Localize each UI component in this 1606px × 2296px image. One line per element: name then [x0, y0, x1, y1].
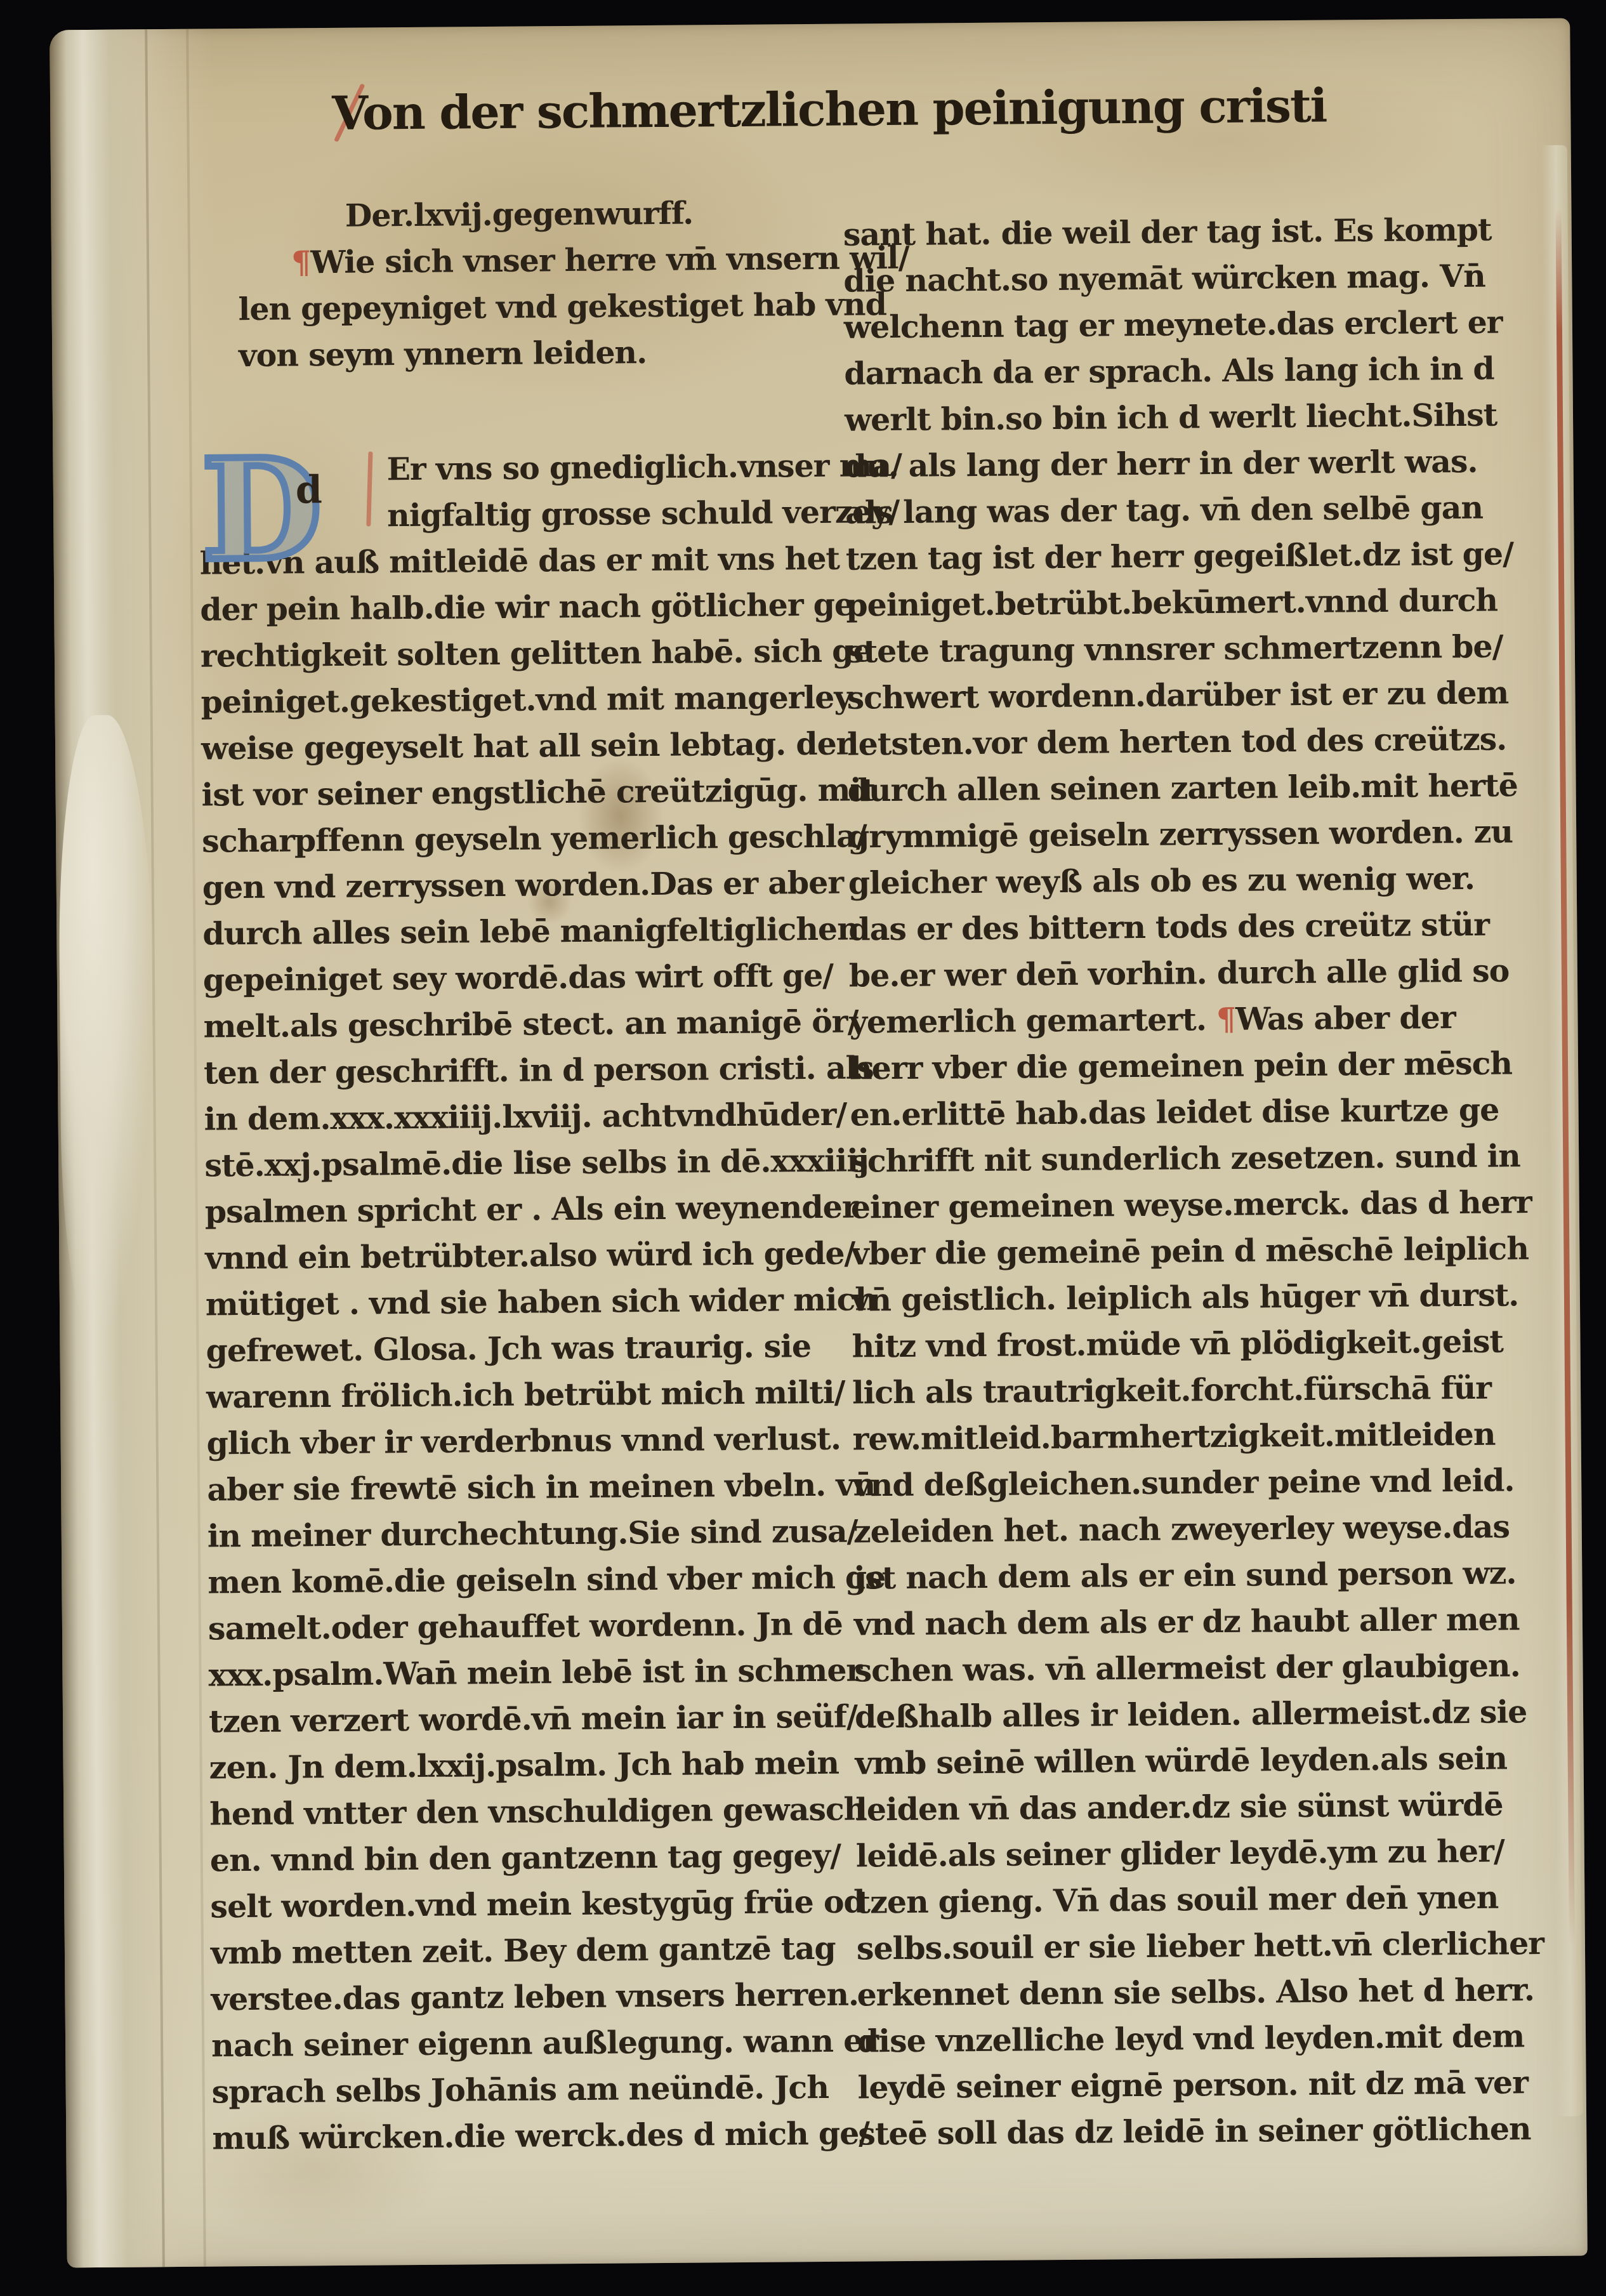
text-line: xxx.psalm.Wan̄ mein lebē ist in schmer — [208, 1647, 834, 1699]
body-lines: het.vn̄ auß mitleidē das er mit vns hetd… — [200, 536, 838, 2162]
text-line: ist nach dem als er ein sund person wz. — [853, 1550, 1501, 1602]
text-line: gepeiniget sey wordē.das wirt offt ge/ — [203, 953, 829, 1004]
text-line: steē soll das dz leidē in seiner götlich… — [858, 2106, 1506, 2158]
text-line: gen vnd zerryssen worden.Das er aber — [202, 860, 828, 911]
text-line: vnd nach dem als er dz haubt aller men — [854, 1597, 1502, 1648]
text-line: ten der geschrifft. in d person cristi. … — [204, 1045, 829, 1097]
text-line: rechtigkeit solten gelitten habē. sich g… — [201, 628, 826, 680]
text-line: selbs.souil er sie lieber hett.vn̄ clerl… — [857, 1921, 1504, 1972]
left-body-text: D d Er vns so gnediglich.vnser ma/nigfal… — [199, 443, 837, 2162]
text-line: lich als trautrigkeit.forcht.fürschā für — [852, 1365, 1500, 1416]
text-line: peiniget.betrübt.bekūmert.vnnd durch — [846, 577, 1494, 629]
text-line: werlt bin.so bin ich d werlt liecht.Sihs… — [845, 392, 1492, 444]
text-line: mütiget . vnd sie haben sich wider mich — [206, 1277, 831, 1328]
text-line: hend vntter den vnschuldigen gewasch — [209, 1786, 835, 1838]
text-line: nach seiner eigenn außlegung. wann er — [211, 2018, 837, 2069]
text-line: durch alles sein lebē manigfeltiglichen — [202, 906, 828, 958]
text-line: verstee.das gantz leben vnsers herren. — [211, 1972, 836, 2023]
text-line: men komē.die geiseln sind vber mich ge — [207, 1555, 833, 1606]
text-line: scharpffenn geyseln yemerlich geschla/ — [202, 814, 827, 865]
text-line: dise vnzelliche leyd vnd leyden.mit dem — [857, 2014, 1505, 2065]
text-line: die nacht.so nyemāt würcken mag. Vn̄ — [843, 253, 1491, 305]
text-line: grymmigē geiseln zerryssen worden. zu — [848, 809, 1496, 861]
text-line: selt worden.vnd mein kestygūg früe od — [210, 1879, 836, 1930]
text-line: leydē seiner eignē person. nit dz mā ver — [857, 2060, 1505, 2111]
text-line: glich vber ir verderbnus vnnd verlust. — [206, 1416, 832, 1467]
text-line: tzen tag ist der herr gegeißlet.dz ist g… — [845, 531, 1493, 583]
book-page: Von der schmertzlichen peinigung cristi … — [49, 18, 1588, 2268]
text-line: sprach selbs Johānis am neündē. Jch — [211, 2064, 837, 2116]
text-line: einer gemeinen weyse.merck. das d herr — [851, 1180, 1499, 1231]
text-line: erkennet denn sie selbs. Also het d herr… — [857, 1967, 1504, 2019]
text-line: len gepeyniget vnd gekestiget hab vnd — [197, 282, 823, 333]
text-line: vmb metten zeit. Bey dem gantzē tag — [211, 1925, 836, 1977]
text-line: sant hat. die weil der tag ist. Es kompt — [843, 207, 1491, 258]
chapter-heading: Der.lxvij.gegenwurff. — [197, 189, 822, 241]
text-line: stē.xxj.psalmē.die lise selbs in dē.xxxi… — [204, 1138, 830, 1189]
text-line: das er des bittern tods des creütz stür — [848, 902, 1496, 953]
column-right: sant hat. die weil der tag ist. Es kompt… — [843, 207, 1505, 2158]
text-line: durch allen seinen zarten leib.mit hertē — [847, 763, 1495, 814]
text-line: ¶Wie sich vnser herre vm̄ vnsern wil/ — [197, 235, 823, 287]
text-line: tzen gieng. Vn̄ das souil mer den̄ ynen — [856, 1875, 1504, 1926]
text-line: leiden vn̄ das ander.dz sie sünst würdē — [855, 1782, 1503, 1833]
text-line: von seym ynnern leiden. — [198, 328, 824, 379]
guide-letter: d — [296, 471, 322, 509]
drop-cap: D d — [199, 446, 387, 540]
text-line: psalmen spricht er . Als ein weynender — [205, 1184, 831, 1236]
text-line: samelt.oder gehauffet wordenn. Jn dē — [208, 1601, 834, 1653]
scanned-book-photo: { "document": { "kind": "incunable book … — [0, 0, 1606, 2296]
text-line: darnach da er sprach. Als lang ich in d — [844, 346, 1492, 397]
column-left: Der.lxvij.gegenwurff. ¶Wie sich vnser he… — [197, 189, 837, 2162]
text-line: vber die gemeinē pein d mēschē leiplich — [851, 1226, 1499, 1277]
text-line: yemerlich gemartert. ¶Was aber der — [849, 994, 1497, 1046]
pilcrow-mark: ¶ — [1216, 1001, 1236, 1038]
text-line: schwert wordenn.darüber ist er zu dem — [846, 670, 1494, 722]
text-line: letsten.vor dem herten tod des creützs. — [847, 716, 1495, 768]
text-line: welchenn tag er meynete.das erclert er — [844, 300, 1492, 351]
text-line: aber sie frewtē sich in meinen vbeln. vn… — [207, 1462, 833, 1514]
text-line: melt.als geschribē stect. an manigē ör/ — [203, 999, 829, 1050]
text-line: schen was. vn̄ allermeist der glaubigen. — [854, 1643, 1502, 1694]
text-line: zen. Jn dem.lxxij.psalm. Jch hab mein — [209, 1740, 834, 1791]
text-line: du. als lang der herr in der werlt was. — [845, 439, 1492, 490]
text-line: en. vnnd bin den gantzenn tag gegey/ — [210, 1833, 836, 1884]
text-line: hitz vnd frost.müde vn̄ plödigkeit.geist — [852, 1319, 1499, 1370]
text-line: ist vor seiner engstlichē creützigūg. mi… — [201, 767, 827, 819]
text-line: stete tragung vnnsrer schmertzenn be/ — [846, 624, 1494, 675]
text-line: tzen verzert wordē.vn̄ mein iar in seüf/ — [209, 1694, 834, 1745]
text-line: gefrewet. Glosa. Jch was traurig. sie — [206, 1323, 831, 1375]
text-line: leidē.als seiner glider leydē.ym zu her/ — [856, 1828, 1504, 1880]
text-line: deßhalb alles ir leiden. allermeist.dz s… — [855, 1689, 1503, 1741]
text-line: vnnd ein betrübter.also würd ich gede/ — [205, 1230, 831, 1282]
page-title: Von der schmertzlichen peinigung cristi — [332, 79, 1327, 141]
text-line: als lang was der tag. vn̄ den selbē gan — [845, 485, 1493, 536]
text-line: gleicher weyß als ob es zu wenig wer. — [848, 855, 1496, 907]
text-line: rew.mitleid.barmhertzigkeit.mitleiden — [852, 1411, 1500, 1463]
text-line: muß würcken.die werck.des d mich ge/ — [212, 2111, 838, 2162]
rubric-stroke — [366, 451, 372, 526]
text-line: be.er wer den̄ vorhin. durch alle glid s… — [849, 948, 1497, 1000]
text-line: en.erlittē hab.das leidet dise kurtze ge — [850, 1087, 1497, 1138]
text-line: schrifft nit sunderlich zesetzen. sund i… — [850, 1133, 1498, 1185]
text-line: peiniget.gekestiget.vnd mit mangerley — [201, 675, 826, 726]
text-line: weise gegeyselt hat all sein lebtag. der — [201, 721, 827, 772]
text-line: in dem.xxx.xxxiiij.lxviij. achtvndhūder/ — [204, 1092, 829, 1143]
text-line: warenn frölich.ich betrübt mich milti/ — [206, 1369, 832, 1421]
chapter-summary: ¶Wie sich vnser herre vm̄ vnsern wil/len… — [197, 235, 824, 379]
text-line: vnd deßgleichen.sunder peine vnd leid. — [853, 1458, 1501, 1509]
text-line: vn̄ geistlich. leiplich als hūger vn̄ du… — [852, 1272, 1499, 1324]
text-line: zeleiden het. nach zweyerley weyse.das — [853, 1504, 1501, 1555]
text-line: in meiner durchechtung.Sie sind zusa/ — [207, 1508, 833, 1560]
pilcrow-mark: ¶ — [291, 244, 311, 280]
text-line: vmb seinē willen würdē leyden.als sein — [855, 1736, 1503, 1787]
text-line: herr vber die gemeinen pein der mēsch — [850, 1041, 1497, 1092]
